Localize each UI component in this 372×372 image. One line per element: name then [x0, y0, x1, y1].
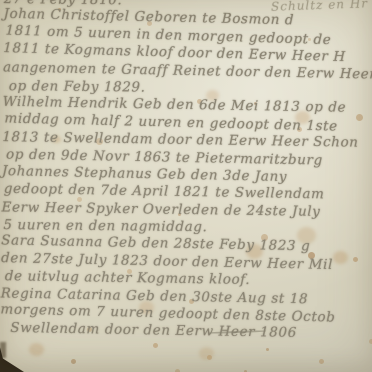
handwriting-text-block: 27 e Feby 1810.Johan Christoffel Geboren…	[0, 0, 372, 343]
manuscript-photo: 27 e Feby 1810.Johan Christoffel Geboren…	[0, 0, 372, 372]
